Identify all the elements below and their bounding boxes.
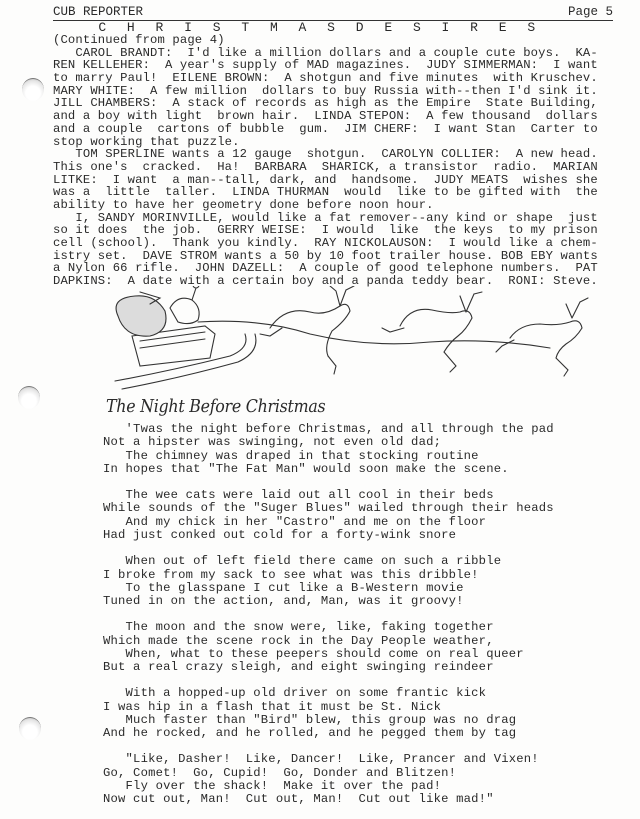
- poem-line: With a hopped-up old driver on some fran…: [103, 687, 623, 700]
- poem-line: Not a hipster was swinging, not even old…: [103, 436, 623, 449]
- poem-line: 'Twas the night before Christmas, and al…: [103, 423, 623, 436]
- poem-line: But a real crazy sleigh, and eight swing…: [103, 661, 623, 674]
- poem-line: I was hip in a flash that it must be St.…: [103, 701, 623, 714]
- poem-line: In hopes that "The Fat Man" would soon m…: [103, 463, 623, 476]
- poem-line: Now cut out, Man! Cut out, Man! Cut out …: [103, 793, 623, 806]
- poem-title: The Night Before Christmas: [106, 396, 325, 417]
- poem-line: The moon and the snow were, like, faking…: [103, 621, 623, 634]
- poem-line: Go, Comet! Go, Cupid! Go, Donder and Bli…: [103, 767, 623, 780]
- poem-line: Had just conked out cold for a forty-win…: [103, 529, 623, 542]
- binder-hole: [19, 717, 41, 740]
- poem-line: And he rocked, and he rolled, and he peg…: [103, 727, 623, 740]
- poem-line: When out of left field there came on suc…: [103, 555, 623, 568]
- article-line: (Continued from page 4): [53, 34, 613, 47]
- article-line: This one's cracked. Ha! BARBARA SHARICK,…: [53, 161, 613, 174]
- poem-line: While sounds of the "Suger Blues" wailed…: [103, 502, 623, 515]
- poem-line: Much faster than "Bird" blew, this group…: [103, 714, 623, 727]
- article-body: (Continued from page 4) CAROL BRANDT: I'…: [53, 34, 613, 288]
- page-header: CUB REPORTER Page 5: [53, 4, 613, 21]
- publication-name: CUB REPORTER: [53, 4, 143, 20]
- poem-stanza: The wee cats were laid out all cool in t…: [103, 489, 623, 543]
- article-line: to marry Paul! EILENE BROWN: A shotgun a…: [53, 72, 613, 85]
- poem-stanza: The moon and the snow were, like, faking…: [103, 621, 623, 675]
- poem-line: "Like, Dasher! Like, Dancer! Like, Pranc…: [103, 753, 623, 766]
- binder-hole: [22, 78, 44, 101]
- poem-stanza: With a hopped-up old driver on some fran…: [103, 687, 623, 741]
- poem-line: And my chick in her "Castro" and me on t…: [103, 516, 623, 529]
- page-number: Page 5: [568, 4, 613, 20]
- poem-line: When, what to these peepers should come …: [103, 648, 623, 661]
- poem-line: The chimney was draped in that stocking …: [103, 450, 623, 463]
- poem-line: Tuned in on the action, and, Man, was it…: [103, 595, 623, 608]
- article-line: cell (school). Thank you kindly. RAY NIC…: [53, 237, 613, 250]
- binder-hole: [18, 386, 40, 409]
- poem-line: Which made the scene rock in the Day Peo…: [103, 635, 623, 648]
- poem-line: I broke from my sack to see what was thi…: [103, 569, 623, 582]
- santa-sleigh-reindeer-illustration: [110, 286, 630, 396]
- article-line: and a boy with light brown hair. LINDA S…: [53, 110, 613, 123]
- poem-stanza: "Like, Dasher! Like, Dancer! Like, Pranc…: [103, 753, 623, 807]
- poem-body: 'Twas the night before Christmas, and al…: [103, 423, 623, 819]
- poem-line: To the glasspane I cut like a B-Western …: [103, 582, 623, 595]
- poem-line: Fly over the shack! Make it over the pad…: [103, 780, 623, 793]
- article-line: and a couple cartons of bubble gum. JIM …: [53, 123, 613, 136]
- article-line: ability to have her geometry done before…: [53, 199, 613, 212]
- poem-line: The wee cats were laid out all cool in t…: [103, 489, 623, 502]
- poem-stanza: 'Twas the night before Christmas, and al…: [103, 423, 623, 477]
- article-line: TOM SPERLINE wants a 12 gauge shotgun. C…: [53, 148, 613, 161]
- poem-stanza: When out of left field there came on suc…: [103, 555, 623, 609]
- newsletter-page: CUB REPORTER Page 5 C H R I S T M A S D …: [0, 0, 640, 819]
